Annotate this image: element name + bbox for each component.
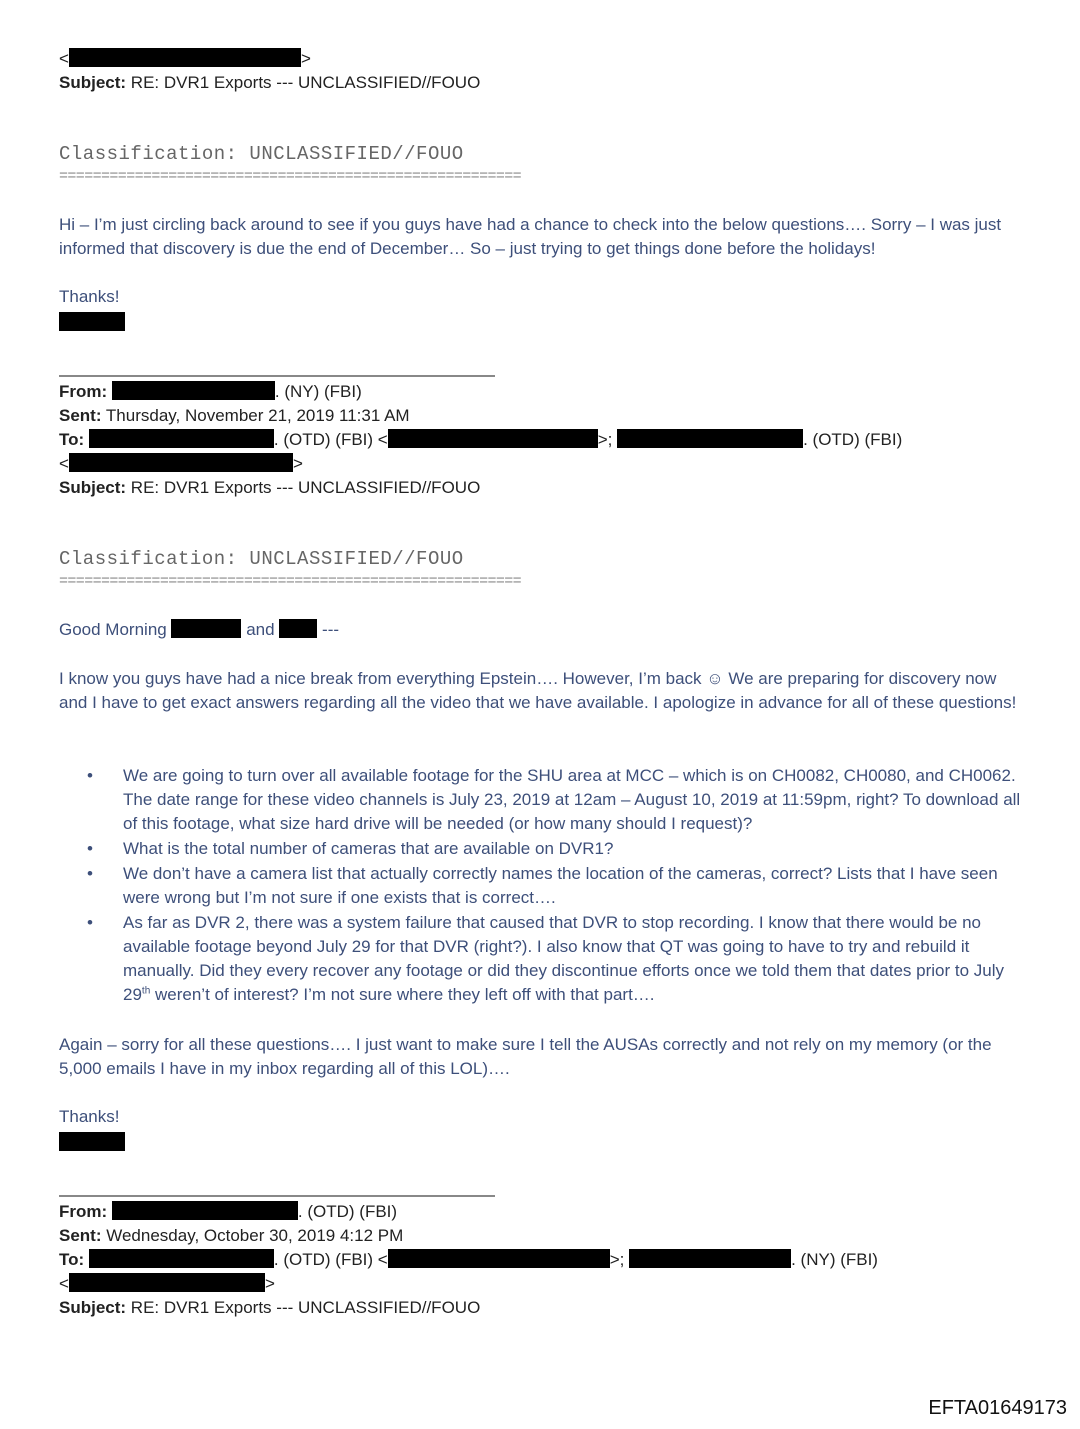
sent-value: Thursday, November 21, 2019 11:31 AM: [106, 406, 410, 425]
redaction-block: [89, 429, 274, 448]
list-item: We don’t have a camera list that actuall…: [59, 862, 1029, 910]
bracket-open: <: [59, 49, 69, 68]
top-subject-line: Subject: RE: DVR1 Exports --- UNCLASSIFI…: [59, 71, 480, 95]
signature-redaction: [59, 1132, 125, 1151]
bracket-close: >: [301, 49, 311, 68]
closing-thanks: Thanks!: [59, 285, 119, 309]
bracket-open: <: [59, 1274, 69, 1293]
bracket-close: >: [265, 1274, 275, 1293]
subject-value: RE: DVR1 Exports --- UNCLASSIFIED//FOUO: [131, 478, 481, 497]
redaction-block: [388, 429, 598, 448]
classification-banner: Classification: UNCLASSIFIED//FOUO: [59, 548, 464, 570]
bracket-close: >: [293, 454, 303, 473]
superscript: th: [142, 985, 150, 996]
list-item: As far as DVR 2, there was a system fail…: [59, 911, 1029, 1007]
redaction-block: [388, 1249, 610, 1268]
redaction-block: [89, 1249, 274, 1268]
greeting-dashes: ---: [322, 620, 339, 639]
subject-label: Subject:: [59, 73, 126, 92]
to-email-line: <>: [59, 1272, 275, 1296]
from-value: . (OTD) (FBI): [298, 1202, 397, 1221]
redaction-block: [69, 1273, 265, 1292]
subject-line: Subject: RE: DVR1 Exports --- UNCLASSIFI…: [59, 476, 480, 500]
subject-label: Subject:: [59, 1298, 126, 1317]
header-divider: [59, 1195, 495, 1197]
list-item: What is the total number of cameras that…: [59, 837, 1029, 861]
to-label: To:: [59, 430, 84, 449]
top-email-line: <>: [59, 47, 311, 71]
redaction-block: [112, 1201, 298, 1220]
greeting-text: Good Morning: [59, 620, 167, 639]
signature-redaction: [59, 312, 125, 331]
subject-line: Subject: RE: DVR1 Exports --- UNCLASSIFI…: [59, 1296, 480, 1320]
message-body: Hi – I’m just circling back around to se…: [59, 213, 1019, 261]
classification-separator: ========================================…: [59, 168, 521, 185]
sent-value: Wednesday, October 30, 2019 4:12 PM: [106, 1226, 403, 1245]
redaction-block: [279, 619, 317, 638]
to-separator: >;: [610, 1250, 625, 1269]
sent-line: Sent: Wednesday, October 30, 2019 4:12 P…: [59, 1224, 403, 1248]
outro-paragraph: Again – sorry for all these questions…. …: [59, 1033, 1019, 1081]
sent-label: Sent:: [59, 406, 102, 425]
classification-separator: ========================================…: [59, 573, 521, 590]
to-line: To: . (OTD) (FBI) <>; . (OTD) (FBI): [59, 428, 902, 452]
to-value: . (OTD) (FBI) <: [274, 430, 388, 449]
redaction-block: [617, 429, 803, 448]
sent-label: Sent:: [59, 1226, 102, 1245]
subject-label: Subject:: [59, 478, 126, 497]
document-id: EFTA01649173: [928, 1397, 1067, 1420]
to-label: To:: [59, 1250, 84, 1269]
list-item-text: weren’t of interest? I’m not sure where …: [150, 985, 654, 1004]
subject-value: RE: DVR1 Exports --- UNCLASSIFIED//FOUO: [131, 1298, 481, 1317]
from-line: From: . (OTD) (FBI): [59, 1200, 397, 1224]
header-divider: [59, 375, 495, 377]
from-label: From:: [59, 382, 107, 401]
subject-value: RE: DVR1 Exports --- UNCLASSIFIED//FOUO: [131, 73, 481, 92]
sent-line: Sent: Thursday, November 21, 2019 11:31 …: [59, 404, 410, 428]
to-separator: >;: [598, 430, 613, 449]
from-value: . (NY) (FBI): [275, 382, 362, 401]
to-value: . (OTD) (FBI): [803, 430, 902, 449]
to-email-line: <>: [59, 452, 303, 476]
intro-paragraph: I know you guys have had a nice break fr…: [59, 667, 1019, 715]
redaction-block: [112, 381, 275, 400]
classification-banner: Classification: UNCLASSIFIED//FOUO: [59, 143, 464, 165]
closing-thanks: Thanks!: [59, 1105, 119, 1129]
from-label: From:: [59, 1202, 107, 1221]
to-line: To: . (OTD) (FBI) <>; . (NY) (FBI): [59, 1248, 878, 1272]
redaction-block: [629, 1249, 791, 1268]
redaction-block: [69, 453, 293, 472]
from-line: From: . (NY) (FBI): [59, 380, 362, 404]
list-item: We are going to turn over all available …: [59, 764, 1029, 836]
redaction-block: [69, 48, 301, 67]
bracket-open: <: [59, 454, 69, 473]
to-value: . (OTD) (FBI) <: [274, 1250, 388, 1269]
to-value: . (NY) (FBI): [791, 1250, 878, 1269]
question-list: We are going to turn over all available …: [59, 764, 1029, 1007]
greeting: Good Morning and ---: [59, 618, 339, 642]
greeting-and: and: [246, 620, 274, 639]
redaction-block: [171, 619, 241, 638]
